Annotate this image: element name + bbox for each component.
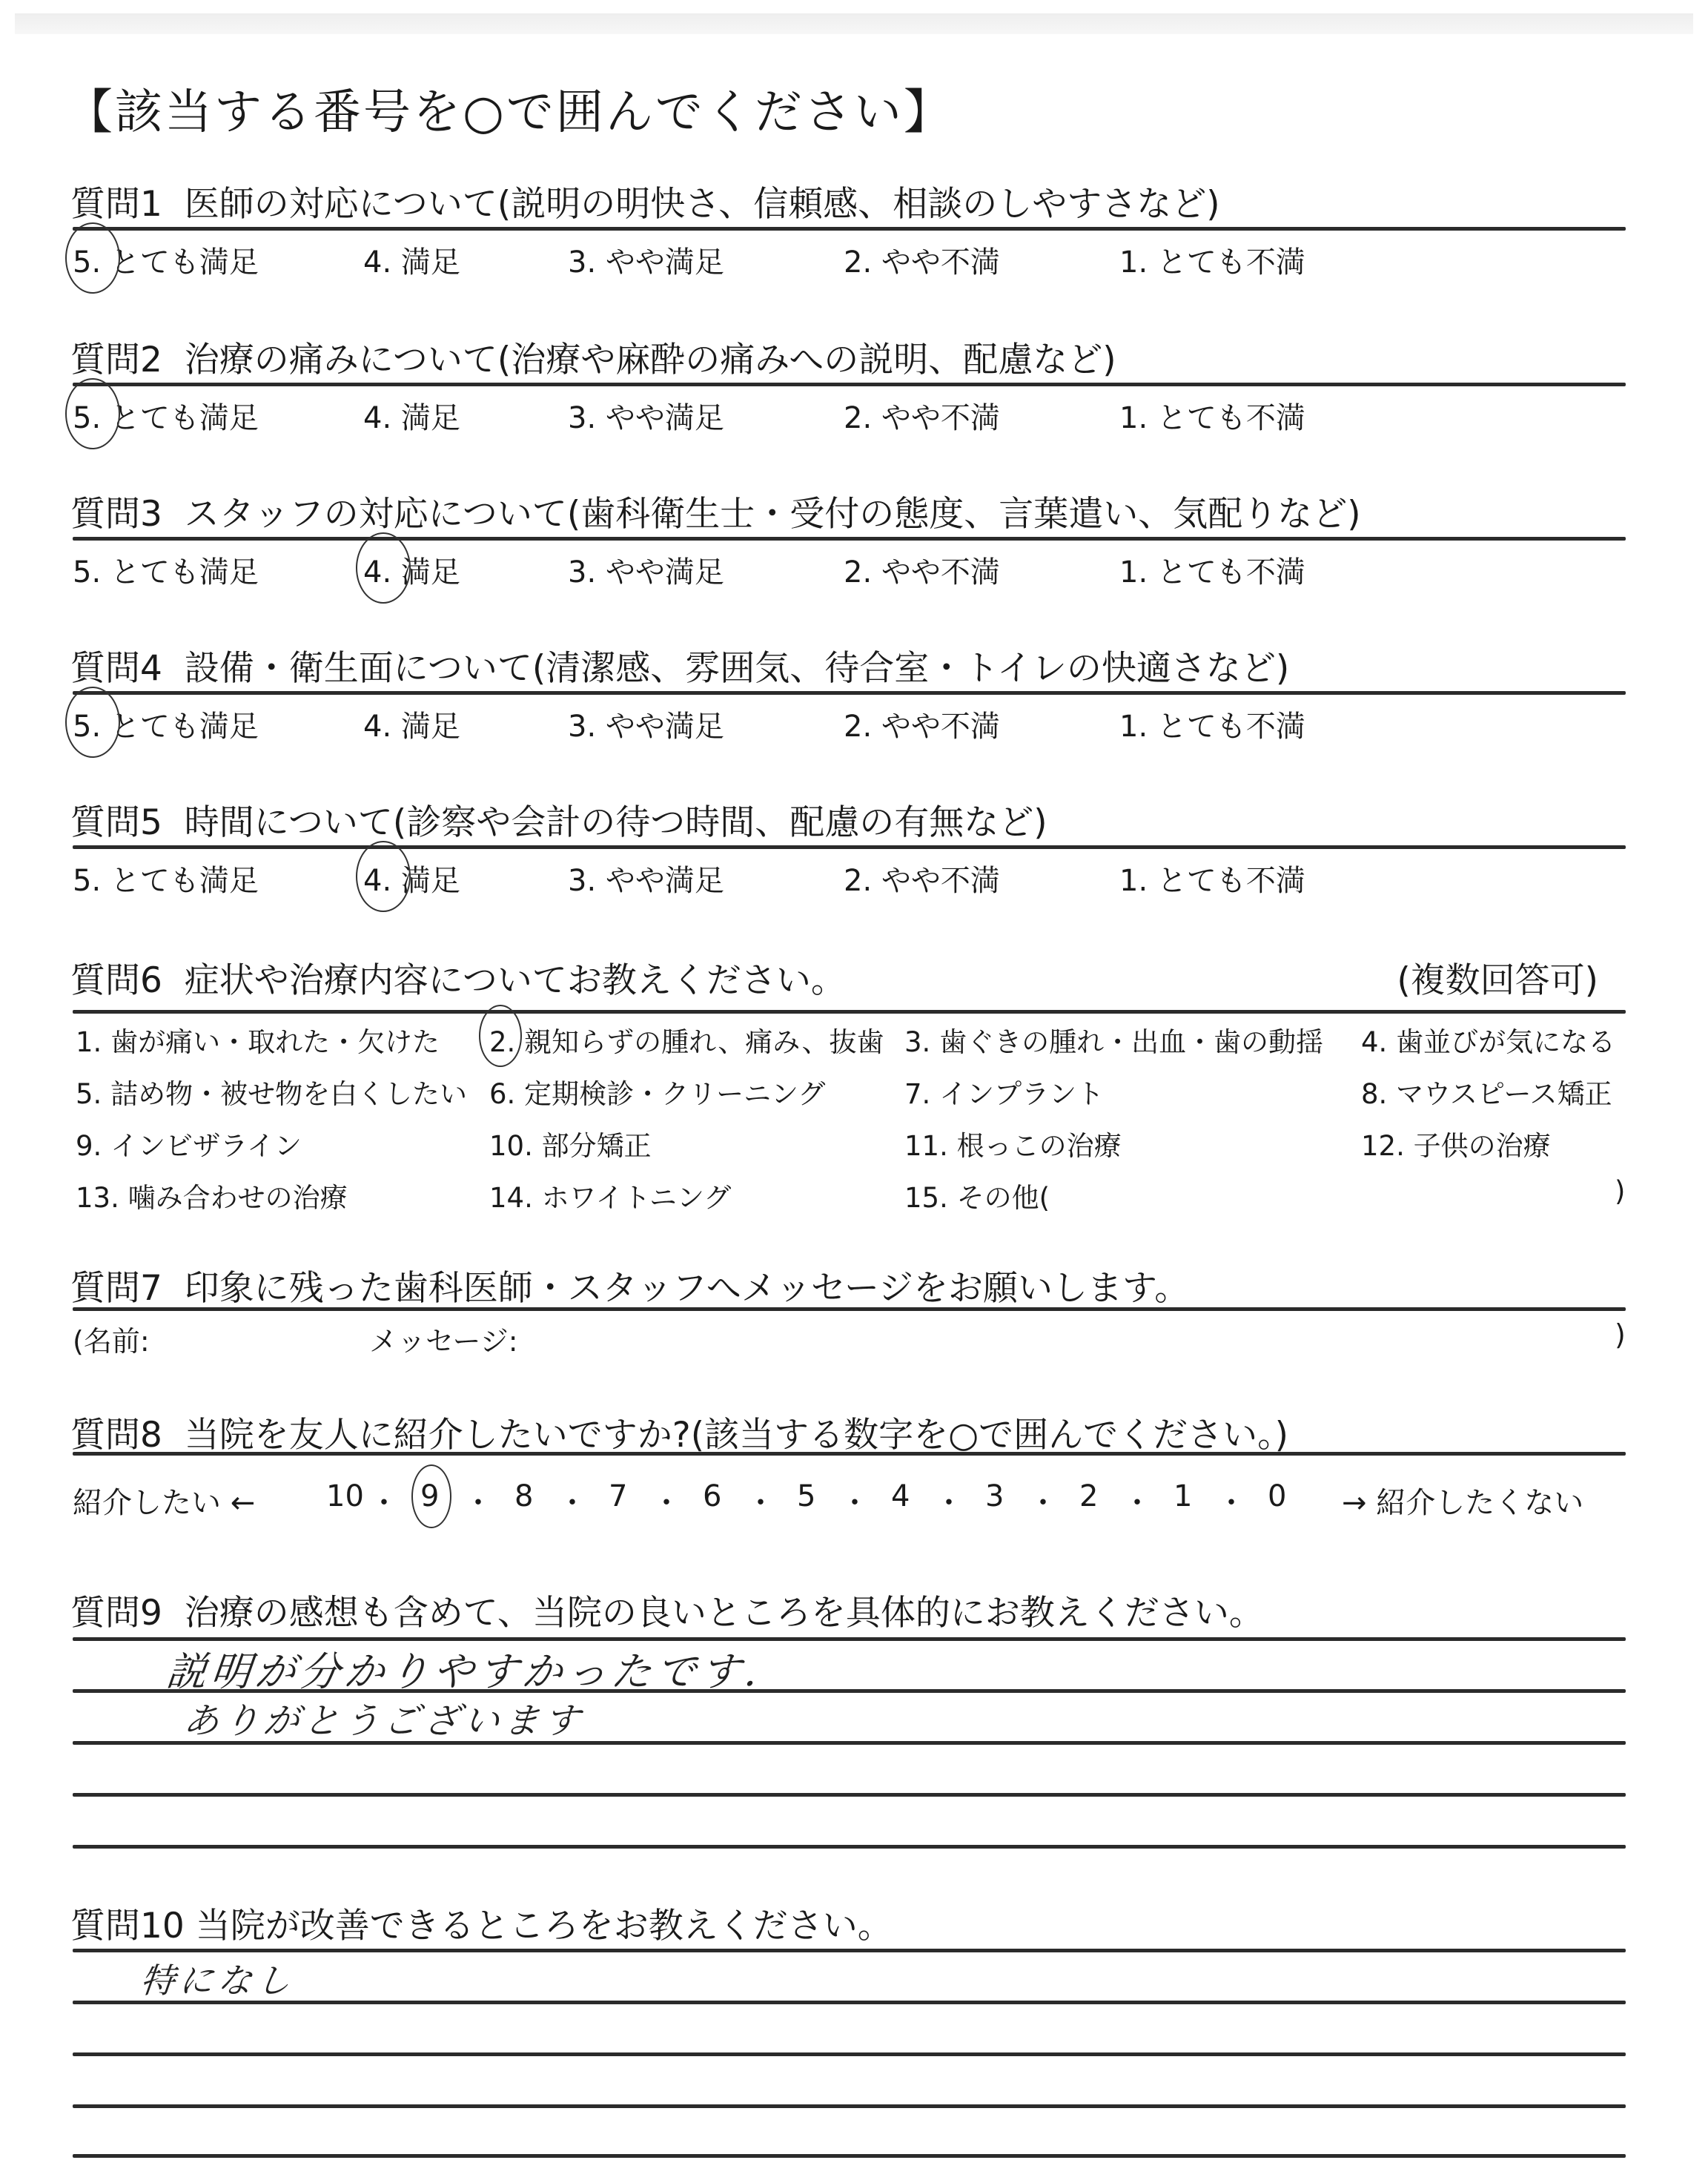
q2-text: 治療の痛みについて(治療や麻酔の痛みへの説明、配慮など)	[185, 340, 1116, 380]
q8-separator: ・	[840, 1479, 870, 1522]
q3-rule	[73, 537, 1626, 541]
q6-option-6[interactable]: 6. 定期検診・クリーニング	[489, 1071, 825, 1112]
q4-text: 設備・衛生面について(清潔感、雰囲気、待合室・トイレの快適さなど)	[185, 648, 1289, 689]
q2-option-2[interactable]: 2. やや不満	[844, 394, 1000, 437]
q6-text: 症状や治療内容についてお教えください。	[185, 960, 846, 1001]
q8-separator: ・	[557, 1479, 587, 1522]
q7-heading: 質問7 印象に残った歯科医師・スタッフへメッセージをお願いします。	[70, 1261, 1189, 1310]
q10-heading: 質問10 当院が改善できるところをお教えください。	[70, 1898, 893, 1948]
q6-other-close-paren: )	[1615, 1175, 1625, 1207]
q8-scale-6[interactable]: 6	[703, 1479, 721, 1513]
q6-note: (複数回答可)	[1397, 953, 1598, 1003]
q3-heading: 質問3 スタッフの対応について(歯科衛生士・受付の態度、言葉遣い、気配りなど)	[70, 486, 1361, 536]
q8-label: 質問8	[70, 1415, 162, 1456]
q10-rule-3	[73, 2052, 1626, 2056]
q8-scale-4[interactable]: 4	[891, 1479, 910, 1513]
q8-scale-2[interactable]: 2	[1079, 1479, 1098, 1513]
q1-option-3[interactable]: 3. やや満足	[568, 239, 724, 281]
selection-circle-mark	[65, 378, 120, 449]
q4-option-1[interactable]: 1. とても不満	[1119, 703, 1305, 745]
q6-option-15[interactable]: 15. その他(	[904, 1175, 1050, 1215]
q4-option-2[interactable]: 2. やや不満	[844, 703, 1000, 745]
selection-circle-mark	[479, 1005, 522, 1067]
q8-scale-7[interactable]: 7	[609, 1479, 627, 1513]
q5-option-5[interactable]: 5. とても満足	[73, 857, 259, 899]
q2-option-1[interactable]: 1. とても不満	[1119, 394, 1305, 437]
q10-rule-5	[73, 2154, 1626, 2158]
selection-circle-mark	[65, 687, 120, 758]
q9-answer-line-1[interactable]: 説明が分かりやすかったです.	[164, 1640, 765, 1697]
q5-rule	[73, 845, 1626, 849]
q1-rule	[73, 227, 1626, 231]
q8-scale-10[interactable]: 10	[326, 1479, 364, 1513]
q1-option-4[interactable]: 4. 満足	[363, 239, 460, 281]
page-title: 【該当する番号を○で囲んでください】	[65, 74, 953, 142]
q10-text: 当院が改善できるところをお教えください。	[196, 1906, 893, 1946]
q10-label: 質問10	[70, 1906, 185, 1946]
selection-circle-mark	[65, 222, 120, 294]
q6-option-1[interactable]: 1. 歯が痛い・取れた・欠けた	[76, 1020, 440, 1060]
q2-option-4[interactable]: 4. 満足	[363, 394, 460, 437]
q5-option-2[interactable]: 2. やや不満	[844, 857, 1000, 899]
q3-option-2[interactable]: 2. やや不満	[844, 549, 1000, 591]
q6-option-4[interactable]: 4. 歯並びが気になる	[1361, 1020, 1615, 1060]
q9-rule-5	[73, 1845, 1626, 1849]
q6-option-13[interactable]: 13. 噛み合わせの治療	[76, 1175, 348, 1215]
q5-option-3[interactable]: 3. やや満足	[568, 857, 724, 899]
q3-text: スタッフの対応について(歯科衛生士・受付の態度、言葉遣い、気配りなど)	[185, 494, 1361, 535]
q6-rule	[73, 1010, 1626, 1014]
q6-option-2[interactable]: 2. 親知らずの腫れ、痛み、抜歯	[489, 1020, 884, 1060]
q10-rule-1	[73, 1949, 1626, 1952]
q1-label: 質問1	[70, 184, 162, 225]
q2-label: 質問2	[70, 340, 162, 380]
q1-text: 医師の対応について(説明の明快さ、信頼感、相談のしやすさなど)	[185, 184, 1220, 225]
q7-name-label: (名前:	[73, 1318, 150, 1359]
q2-rule	[73, 383, 1626, 386]
q1-option-1[interactable]: 1. とても不満	[1119, 239, 1305, 281]
q8-scale-5[interactable]: 5	[797, 1479, 815, 1513]
q8-separator: ・	[1122, 1479, 1152, 1522]
q4-rule	[73, 691, 1626, 695]
q6-option-11[interactable]: 11. 根っこの治療	[904, 1123, 1122, 1163]
q3-label: 質問3	[70, 494, 162, 535]
q3-option-1[interactable]: 1. とても不満	[1119, 549, 1305, 591]
q8-separator: ・	[652, 1479, 681, 1522]
q8-heading: 質問8 当院を友人に紹介したいですか?(該当する数字を○で囲んでください。)	[70, 1407, 1288, 1457]
q6-heading: 質問6 症状や治療内容についてお教えください。	[70, 953, 846, 1003]
q5-label: 質問5	[70, 802, 162, 843]
selection-circle-mark	[356, 532, 411, 604]
q6-option-7[interactable]: 7. インプラント	[904, 1071, 1104, 1112]
q9-rule-4	[73, 1793, 1626, 1797]
q4-option-4[interactable]: 4. 満足	[363, 703, 460, 745]
selection-circle-mark	[411, 1464, 451, 1528]
q4-option-3[interactable]: 3. やや満足	[568, 703, 724, 745]
q6-option-3[interactable]: 3. 歯ぐきの腫れ・出血・歯の動揺	[904, 1020, 1323, 1060]
q6-option-14[interactable]: 14. ホワイトニング	[489, 1175, 731, 1215]
q8-scale-0[interactable]: 0	[1268, 1479, 1286, 1513]
q4-label: 質問4	[70, 648, 162, 689]
q5-option-1[interactable]: 1. とても不満	[1119, 857, 1305, 899]
q6-option-5[interactable]: 5. 詰め物・被せ物を白くしたい	[76, 1071, 467, 1112]
q8-scale-8[interactable]: 8	[514, 1479, 533, 1513]
q7-message-label: メッセージ:	[369, 1318, 518, 1359]
q9-heading: 質問9 治療の感想も含めて、当院の良いところを具体的にお教えください。	[70, 1585, 1264, 1635]
q6-option-8[interactable]: 8. マウスピース矯正	[1361, 1071, 1612, 1112]
q1-option-2[interactable]: 2. やや不満	[844, 239, 1000, 281]
q7-message-field[interactable]	[563, 1318, 1601, 1353]
q3-option-3[interactable]: 3. やや満足	[568, 549, 724, 591]
q9-answer-line-2[interactable]: ありがとうございます	[181, 1692, 586, 1743]
q2-heading: 質問2 治療の痛みについて(治療や麻酔の痛みへの説明、配慮など)	[70, 332, 1116, 382]
q8-left-label: 紹介したい ←	[73, 1479, 255, 1522]
q7-text: 印象に残った歯科医師・スタッフへメッセージをお願いします。	[185, 1268, 1189, 1309]
q7-rule	[73, 1307, 1626, 1311]
q8-scale-3[interactable]: 3	[985, 1479, 1004, 1513]
q9-label: 質問9	[70, 1593, 162, 1634]
q10-answer-line-1[interactable]: 特になし	[139, 1954, 298, 2003]
q8-right-label: → 紹介したくない	[1342, 1479, 1583, 1522]
q10-rule-2	[73, 2001, 1626, 2004]
q1-heading: 質問1 医師の対応について(説明の明快さ、信頼感、相談のしやすさなど)	[70, 176, 1220, 226]
q8-separator: ・	[369, 1479, 399, 1522]
q6-option-12[interactable]: 12. 子供の治療	[1361, 1123, 1551, 1163]
q7-name-field[interactable]	[215, 1318, 363, 1353]
q8-separator: ・	[934, 1479, 964, 1522]
q6-label: 質問6	[70, 960, 162, 1001]
q8-rule	[73, 1452, 1626, 1456]
q8-separator: ・	[1028, 1479, 1058, 1522]
q3-option-5[interactable]: 5. とても満足	[73, 549, 259, 591]
q5-heading: 質問5 時間について(診察や会計の待つ時間、配慮の有無など)	[70, 795, 1047, 845]
q8-separator: ・	[1217, 1479, 1246, 1522]
q5-text: 時間について(診察や会計の待つ時間、配慮の有無など)	[185, 802, 1047, 843]
q8-separator: ・	[746, 1479, 775, 1522]
scan-top-edge	[15, 13, 1693, 34]
q6-option-10[interactable]: 10. 部分矯正	[489, 1123, 652, 1163]
q8-scale-1[interactable]: 1	[1174, 1479, 1192, 1513]
q4-heading: 質問4 設備・衛生面について(清潔感、雰囲気、待合室・トイレの快適さなど)	[70, 641, 1289, 690]
q7-close-paren: )	[1615, 1318, 1626, 1351]
q8-text: 当院を友人に紹介したいですか?(該当する数字を○で囲んでください。)	[185, 1415, 1288, 1456]
q2-option-3[interactable]: 3. やや満足	[568, 394, 724, 437]
q9-text: 治療の感想も含めて、当院の良いところを具体的にお教えください。	[185, 1593, 1264, 1634]
q8-separator: ・	[463, 1479, 493, 1522]
q6-option-9[interactable]: 9. インビザライン	[76, 1123, 302, 1163]
q10-rule-4	[73, 2104, 1626, 2108]
q7-label: 質問7	[70, 1268, 162, 1309]
selection-circle-mark	[356, 841, 411, 912]
